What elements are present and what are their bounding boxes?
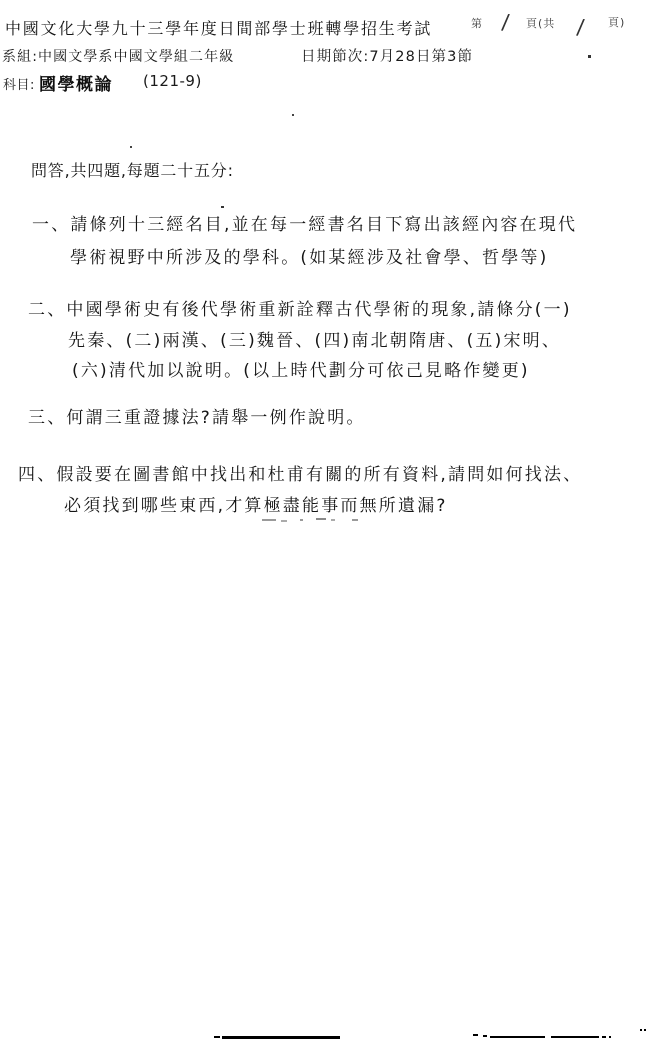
scan-artifact — [588, 55, 591, 58]
question-1-line-2: 學術視野中所涉及的學科。(如某經涉及社會學、哲學等) — [70, 243, 548, 268]
scan-artifact — [300, 519, 303, 521]
scan-artifact — [281, 520, 287, 522]
scan-artifact — [316, 518, 326, 520]
question-4-line-1: 四、假設要在圖書館中找出和杜甫有關的所有資料,請問如何找法、 — [18, 460, 582, 485]
scan-artifact — [609, 1036, 611, 1038]
page-mark-slash-2: / — [576, 15, 586, 40]
scan-artifact — [292, 114, 294, 116]
question-2-line-3: (六)清代加以說明。(以上時代劃分可依己見略作變更) — [72, 356, 530, 381]
question-1-line-1: 一、請條列十三經名目,並在每一經書名目下寫出該經內容在現代 — [32, 210, 577, 235]
page-mark-middle: 頁(共 — [526, 15, 555, 31]
instructions-line: 問答,共四題,每題二十五分: — [31, 158, 234, 181]
question-4-line-2: 必須找到哪些東西,才算極盡能事而無所遺漏? — [64, 491, 448, 516]
scan-artifact — [352, 519, 358, 521]
scan-artifact — [262, 519, 276, 521]
scan-artifact — [130, 146, 132, 148]
exam-title: 中國文化大學九十三學年度日間部學士班轉學招生考試 — [5, 16, 432, 39]
date-session-line: 日期節次:7月28日第3節 — [301, 45, 473, 66]
scan-artifact — [221, 206, 224, 208]
scan-artifact — [214, 1036, 220, 1038]
scan-artifact — [331, 519, 335, 521]
scan-artifact — [640, 1029, 642, 1031]
question-2-line-1: 二、中國學術史有後代學術重新詮釋古代學術的現象,請條分(一) — [28, 295, 572, 320]
question-3-line-1: 三、何謂三重證據法?請舉一例作說明。 — [28, 403, 366, 428]
subject-label: 科目: — [3, 74, 35, 93]
scan-artifact — [602, 1036, 606, 1038]
exam-paper-page: 中國文化大學九十三學年度日間部學士班轉學招生考試 第 / 頁(共 / 頁) 系組… — [0, 0, 648, 1041]
scan-artifact — [490, 1036, 545, 1038]
subject-code: (121-9) — [143, 72, 202, 90]
scan-artifact — [644, 1029, 646, 1031]
scan-artifact — [551, 1036, 599, 1038]
question-2-line-2: 先秦、(二)兩漢、(三)魏晉、(四)南北朝隋唐、(五)宋明、 — [68, 326, 561, 351]
page-mark-first: 第 — [471, 15, 483, 31]
department-line: 系組:中國文學系中國文學組二年級 — [2, 46, 234, 66]
page-mark-last: 頁) — [608, 14, 625, 30]
scan-artifact — [483, 1035, 487, 1037]
page-mark-slash-1: / — [501, 10, 511, 35]
scan-artifact — [222, 1036, 340, 1039]
subject-name: 國學概論 — [39, 70, 113, 95]
scan-artifact — [473, 1034, 478, 1036]
